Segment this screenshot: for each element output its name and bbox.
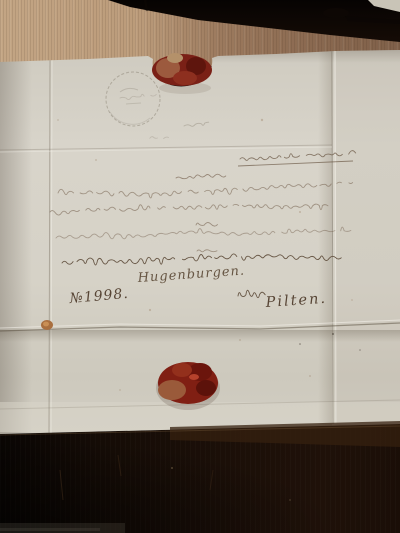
speck [309, 375, 311, 377]
fold-shadow-lower [0, 330, 400, 342]
table-details [0, 421, 400, 533]
speck [95, 159, 97, 161]
wood-scratch [118, 455, 121, 476]
wax-speck-highlight [43, 322, 49, 327]
speck [239, 339, 241, 341]
wax-blob [172, 363, 192, 377]
wood-knot-blotch [323, 8, 349, 18]
wood-fleck [289, 499, 291, 501]
speck [299, 211, 301, 213]
wood-dark-streak [345, 16, 400, 24]
speck [351, 299, 353, 301]
speck [57, 119, 59, 121]
speck [149, 309, 151, 311]
wood-fleck [171, 467, 173, 469]
right-flap-tone [336, 50, 400, 426]
wax-blob [196, 380, 216, 396]
paper-left-shadow [0, 50, 32, 440]
ink-dot [299, 343, 301, 345]
letter-photo-layer: Hugenburgen. №1998. Pilten. [0, 0, 400, 533]
fold-shade-right [318, 50, 332, 426]
wood-scratch [210, 470, 213, 490]
speck [261, 119, 263, 121]
speck [119, 389, 121, 391]
wax-blob [158, 380, 186, 400]
wood-scratch [60, 470, 63, 500]
ink-dot [332, 333, 334, 335]
wax-seal-top [152, 53, 212, 94]
bottom-left-reflection-core [0, 528, 100, 531]
wood-seam [145, 0, 147, 11]
photo-of-sealed-letter: Hugenburgen. №1998. Pilten. [0, 0, 400, 533]
ink-dot [359, 349, 361, 351]
wax-blob [189, 374, 199, 380]
wax-seal-bottom [156, 362, 220, 410]
wax-blob [173, 71, 197, 85]
wax-blob [167, 53, 183, 63]
wax-speck-left [41, 320, 53, 330]
